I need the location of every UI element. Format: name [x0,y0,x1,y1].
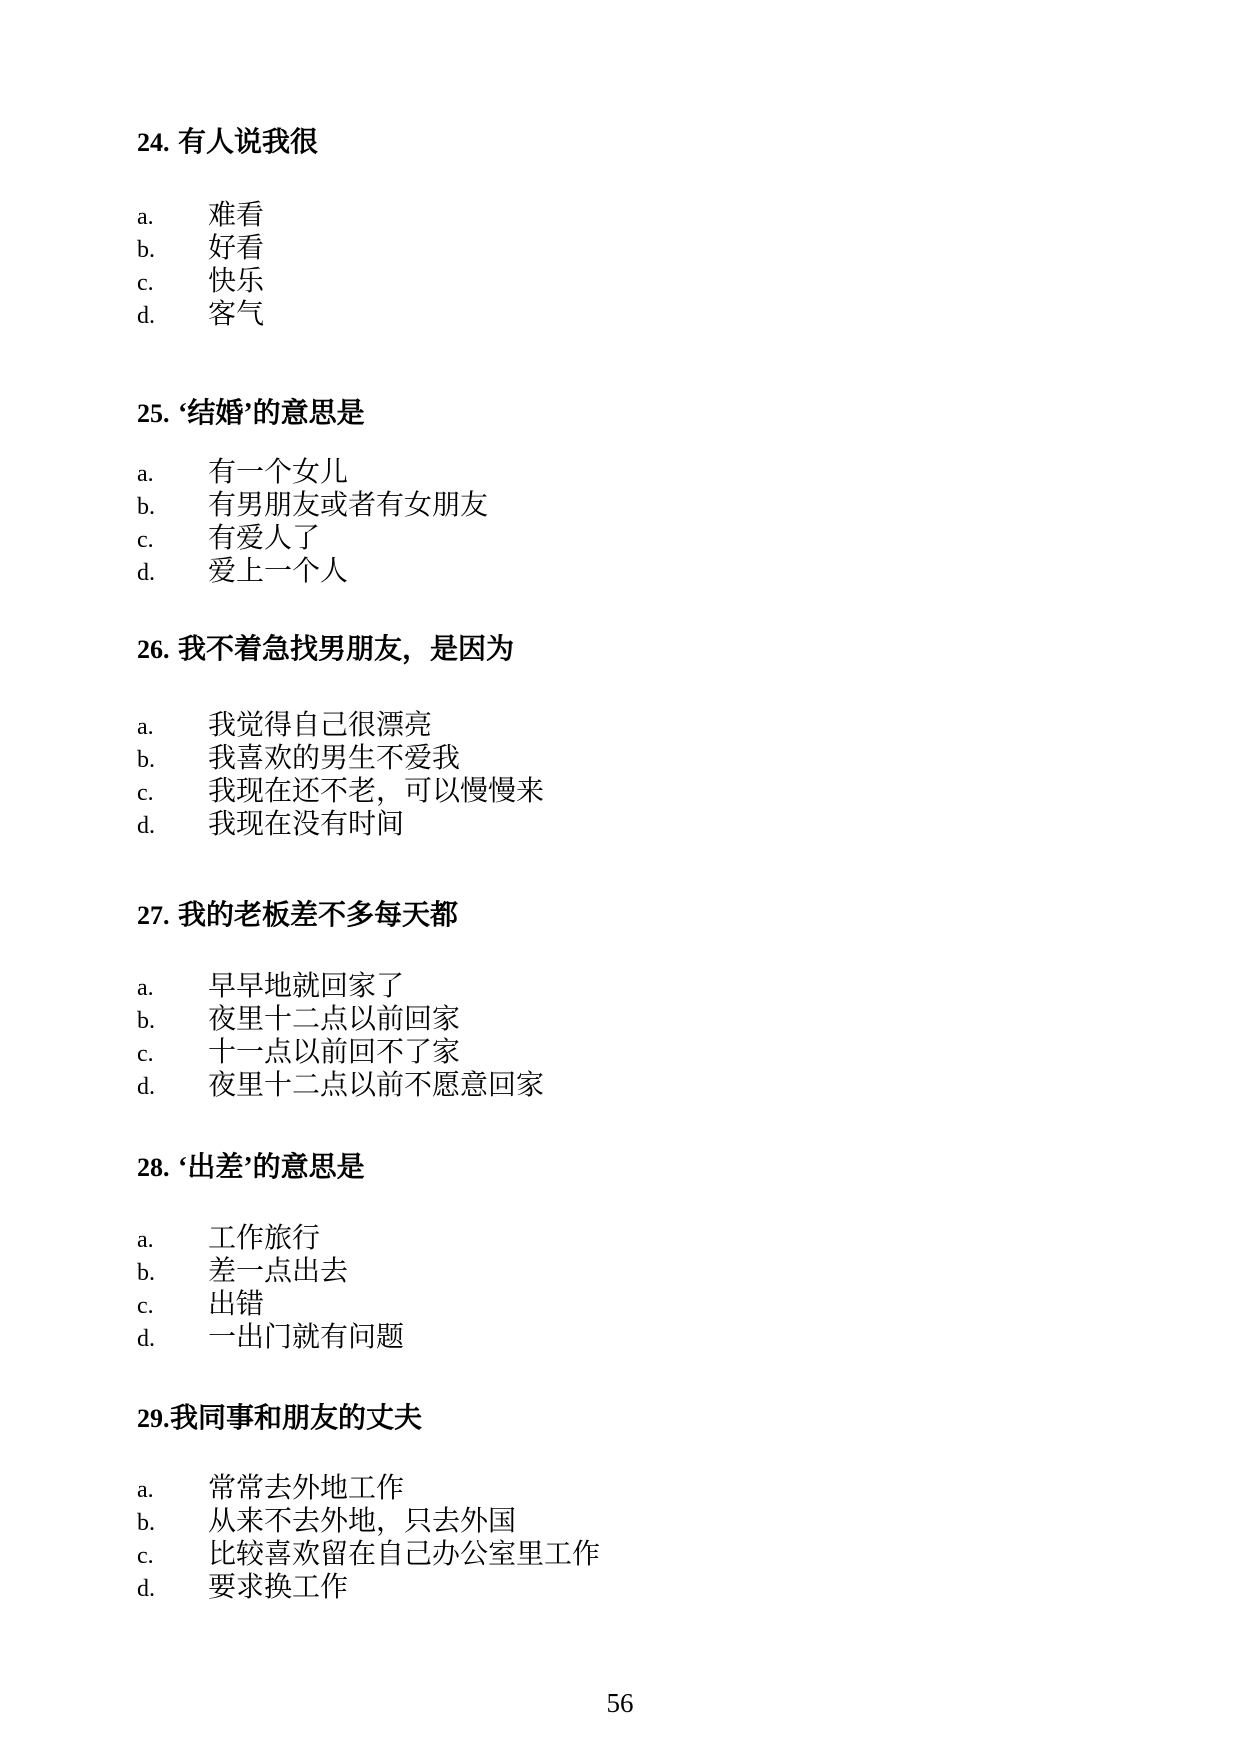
question-title: 24.有人说我很 [137,126,1180,159]
option-letter: a. [137,975,208,1002]
option-letter: a. [137,714,208,741]
option-text: 我现在没有时间 [208,802,404,842]
option-row: a.有一个女儿 [137,450,488,483]
option-row: a.常常去外地工作 [137,1466,600,1499]
question-title-text: 有人说我很 [178,127,318,158]
question-27: 27.我的老板差不多每天都 a.早早地就回家了 b.夜里十二点以前回家 c.十一… [137,899,1180,932]
option-letter: c. [137,1041,208,1068]
option-text: 夜里十二点以前不愿意回家 [208,1063,544,1103]
question-24: 24.有人说我很 a.难看 b.好看 c.快乐 d.客气 [137,126,1180,159]
question-title-text: 我同事和朋友的丈夫 [170,1403,422,1434]
question-number: 25. [137,397,178,430]
option-letter: d. [137,1576,208,1603]
option-letter: c. [137,1293,208,1320]
option-row: a.工作旅行 [137,1216,404,1249]
option-letter: b. [137,1260,208,1287]
option-letter: d. [137,560,208,587]
question-title: 27.我的老板差不多每天都 [137,899,1180,932]
options-list: a.难看 b.好看 c.快乐 d.客气 [137,193,264,325]
question-title-text: ‘结婚’的意思是 [178,398,365,429]
question-26: 26.我不着急找男朋友，是因为 a.我觉得自己很漂亮 b.我喜欢的男生不爱我 c… [137,633,1180,666]
options-list: a.早早地就回家了 b.夜里十二点以前回家 c.十一点以前回不了家 d.夜里十二… [137,964,544,1096]
option-letter: c. [137,527,208,554]
option-letter: a. [137,461,208,488]
option-text: 要求换工作 [208,1565,348,1605]
option-letter: b. [137,747,208,774]
option-letter: a. [137,204,208,231]
option-text: 客气 [208,292,264,332]
question-title-text: 我的老板差不多每天都 [178,900,458,931]
option-letter: a. [137,1477,208,1504]
option-text: 一出门就有问题 [208,1315,404,1355]
options-list: a.我觉得自己很漂亮 b.我喜欢的男生不爱我 c.我现在还不老，可以慢慢来 d.… [137,703,544,835]
option-letter: b. [137,1510,208,1537]
options-list: a.工作旅行 b.差一点出去 c.出错 d.一出门就有问题 [137,1216,404,1348]
test-page: 24.有人说我很 a.难看 b.好看 c.快乐 d.客气 25.‘结婚’的意思是… [0,0,1240,1754]
question-title: 25.‘结婚’的意思是 [137,397,1180,430]
option-letter: c. [137,270,208,297]
option-letter: b. [137,494,208,521]
question-number: 28. [137,1151,178,1184]
page-number: 56 [0,1688,1240,1719]
question-25: 25.‘结婚’的意思是 a.有一个女儿 b.有男朋友或者有女朋友 c.有爱人了 … [137,397,1180,430]
question-number: 24. [137,126,178,159]
question-number: 27. [137,899,178,932]
option-letter: d. [137,303,208,330]
option-letter: b. [137,237,208,264]
question-number: 29. [137,1402,170,1435]
question-title-text: ‘出差’的意思是 [178,1152,365,1183]
option-letter: c. [137,780,208,807]
question-title: 26.我不着急找男朋友，是因为 [137,633,1180,666]
option-text: 爱上一个人 [208,549,348,589]
question-title: 28.‘出差’的意思是 [137,1151,1180,1184]
question-29: 29.我同事和朋友的丈夫 a.常常去外地工作 b.从来不去外地，只去外国 c.比… [137,1402,1180,1435]
option-letter: d. [137,813,208,840]
options-list: a.常常去外地工作 b.从来不去外地，只去外国 c.比较喜欢留在自己办公室里工作… [137,1466,600,1598]
question-number: 26. [137,633,178,666]
option-row: a.难看 [137,193,264,226]
option-row: a.我觉得自己很漂亮 [137,703,544,736]
options-list: a.有一个女儿 b.有男朋友或者有女朋友 c.有爱人了 d.爱上一个人 [137,450,488,582]
question-title-text: 我不着急找男朋友，是因为 [178,634,514,665]
option-letter: b. [137,1008,208,1035]
question-title: 29.我同事和朋友的丈夫 [137,1402,1180,1435]
option-letter: d. [137,1074,208,1101]
option-row: a.早早地就回家了 [137,964,544,997]
option-letter: a. [137,1227,208,1254]
option-letter: d. [137,1326,208,1353]
question-28: 28.‘出差’的意思是 a.工作旅行 b.差一点出去 c.出错 d.一出门就有问… [137,1151,1180,1184]
option-letter: c. [137,1543,208,1570]
